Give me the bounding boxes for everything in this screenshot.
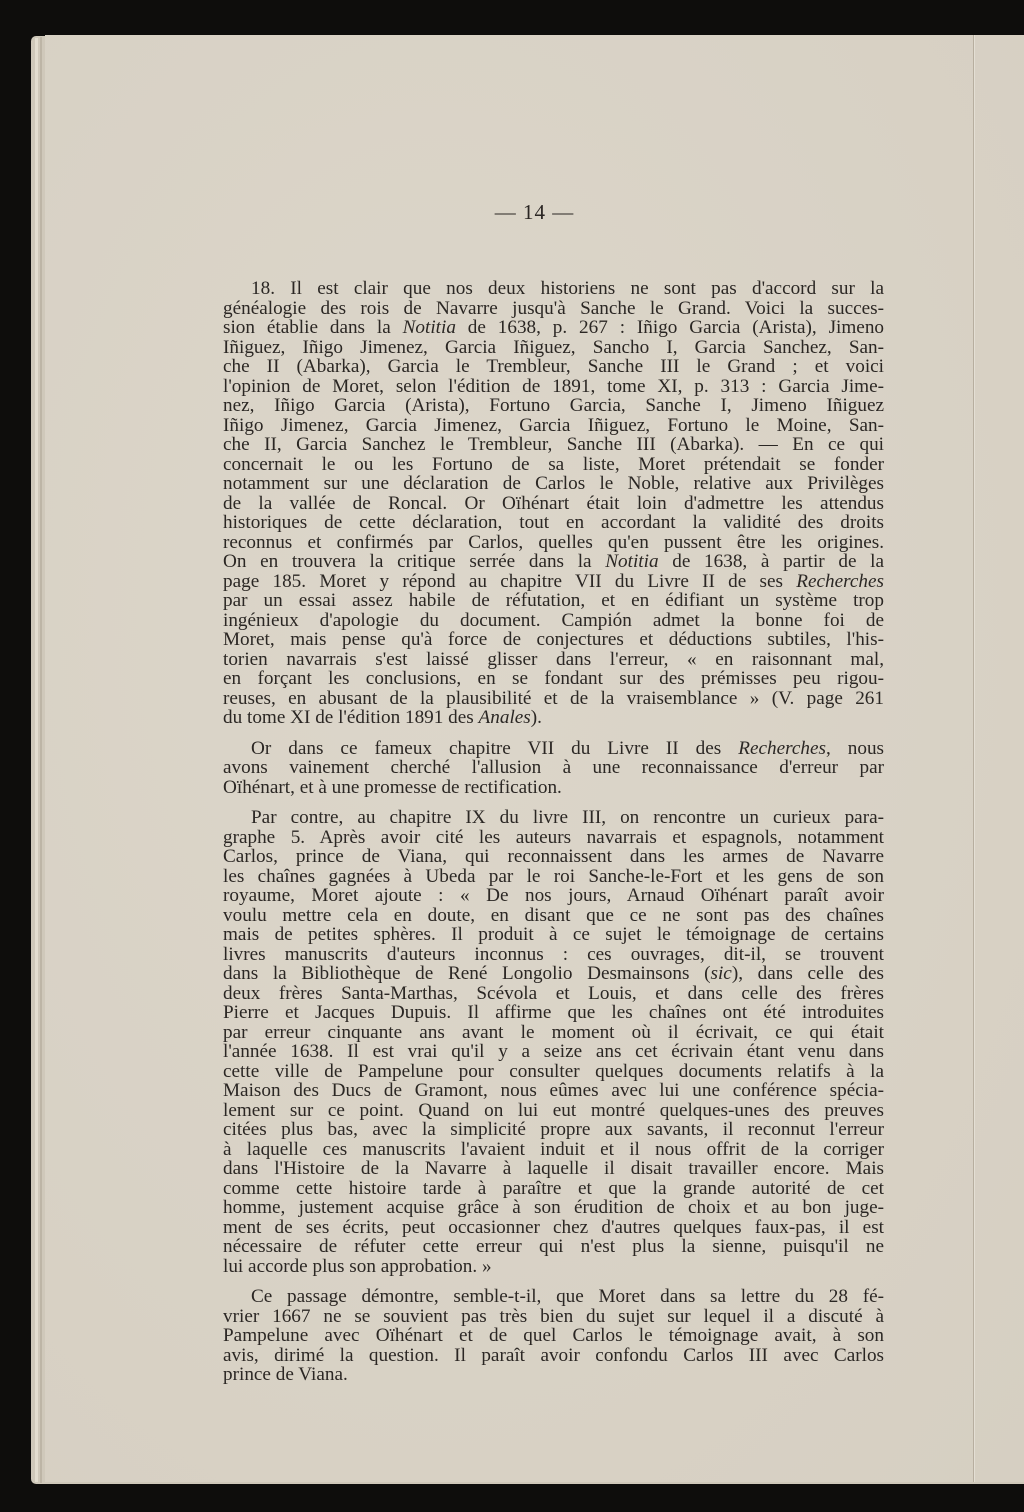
text-line: Pampelune avec Oïhénart et de quel Carlo… (223, 1326, 884, 1346)
text-line: concernait le ou les Fortuno de sa liste… (223, 455, 884, 475)
text-line: cette ville de Pampelune pour consulter … (223, 1062, 884, 1082)
text-line: Iñiguez, Iñigo Jimenez, Garcia Iñiguez, … (223, 338, 884, 358)
text-line: Iñigo Jimenez, Garcia Jimenez, Garcia Iñ… (223, 416, 884, 436)
text-line: à laquelle ces manuscrits l'avaient indu… (223, 1140, 884, 1160)
paragraph-conclusion: Ce passage démontre, semble-t-il, que Mo… (223, 1287, 884, 1385)
text-line: reuses, en abusant de la plausibilité et… (223, 689, 884, 709)
text-line: Moret, mais pense qu'à force de conjectu… (223, 630, 884, 650)
text-line: par erreur cinquante ans avant le moment… (223, 1023, 884, 1043)
text-line: dans la Bibliothèque de René Longolio De… (223, 964, 884, 984)
text-line: torien navarrais s'est laissé glisser da… (223, 650, 884, 670)
text-line: ingénieux d'apologie du document. Campió… (223, 611, 884, 631)
text-line: par un essai assez habile de réfutation,… (223, 591, 884, 611)
book-page: — 14 — 18. Il est clair que nos deux his… (45, 35, 1024, 1482)
text-line: ment de ses écrits, peut occasionner che… (223, 1218, 884, 1238)
paragraph-recherches: Or dans ce fameux chapitre VII du Livre … (223, 739, 884, 798)
text-line: Oïhénart, et à une promesse de rectifica… (223, 778, 884, 798)
text-line: généalogie des rois de Navarre jusqu'à S… (223, 299, 884, 319)
text-line: Ce passage démontre, semble-t-il, que Mo… (223, 1287, 884, 1307)
text-line: les chaînes gagnées à Ubeda par le roi S… (223, 867, 884, 887)
text-line: che II, Garcia Sanchez le Trembleur, San… (223, 435, 884, 455)
text-line: citées plus bas, avec la simplicité prop… (223, 1120, 884, 1140)
text-line: On en trouvera la critique serrée dans l… (223, 552, 884, 572)
text-line: Maison des Ducs de Gramont, nous eûmes a… (223, 1081, 884, 1101)
text-line: Par contre, au chapitre IX du livre III,… (223, 808, 884, 828)
text-line: nécessaire de réfuter cette erreur qui n… (223, 1237, 884, 1257)
text-line: sion établie dans la Notitia de 1638, p.… (223, 318, 884, 338)
text-line: page 185. Moret y répond au chapitre VII… (223, 572, 884, 592)
text-line: royaume, Moret ajoute : « De nos jours, … (223, 886, 884, 906)
text-line: mais de petites sphères. Il produit à ce… (223, 925, 884, 945)
text-line: l'opinion de Moret, selon l'édition de 1… (223, 377, 884, 397)
text-line: en forçant les conclusions, en se fondan… (223, 669, 884, 689)
text-line: vrier 1667 ne se souvient pas très bien … (223, 1307, 884, 1327)
text-line: Carlos, prince de Viana, qui reconnaisse… (223, 847, 884, 867)
text-line: dans l'Histoire de la Navarre à laquelle… (223, 1159, 884, 1179)
text-line: deux frères Santa-Marthas, Scévola et Lo… (223, 984, 884, 1004)
text-line: Pierre et Jacques Dupuis. Il affirme que… (223, 1003, 884, 1023)
text-line: lement sur ce point. Quand on lui eut mo… (223, 1101, 884, 1121)
text-line: nez, Iñigo Garcia (Arista), Fortuno Garc… (223, 396, 884, 416)
text-line: comme cette histoire tarde à paraître et… (223, 1179, 884, 1199)
text-line: prince de Viana. (223, 1365, 884, 1385)
text-line: reconnus et confirmés par Carlos, quelle… (223, 533, 884, 553)
text-line: lui accorde plus son approbation. » (223, 1257, 884, 1277)
text-line: de la vallée de Roncal. Or Oïhénart étai… (223, 494, 884, 514)
text-line: 18. Il est clair que nos deux historiens… (223, 279, 884, 299)
text-line: che II (Abarka), Garcia le Trembleur, Sa… (223, 357, 884, 377)
text-line: historiques de cette déclaration, tout e… (223, 513, 884, 533)
page-number: — 14 — (45, 200, 1024, 225)
text-line: livres manuscrits d'auteurs inconnus : c… (223, 945, 884, 965)
text-line: avis, dirimé la question. Il paraît avoi… (223, 1346, 884, 1366)
paragraph-18: 18. Il est clair que nos deux historiens… (223, 279, 884, 728)
text-line: Or dans ce fameux chapitre VII du Livre … (223, 739, 884, 759)
text-line: voulu mettre cela en doute, en disant qu… (223, 906, 884, 926)
paragraph-quotation-moret: Par contre, au chapitre IX du livre III,… (223, 808, 884, 1276)
text-line: du tome XI de l'édition 1891 des Anales)… (223, 708, 884, 728)
text-line: l'année 1638. Il est vrai qu'il y a seiz… (223, 1042, 884, 1062)
page-fold-crease (973, 35, 974, 1482)
text-line: notamment sur une déclaration de Carlos … (223, 474, 884, 494)
text-line: avons vainement cherché l'allusion à une… (223, 758, 884, 778)
text-line: homme, justement acquise grâce à son éru… (223, 1198, 884, 1218)
text-line: graphe 5. Après avoir cité les auteurs n… (223, 828, 884, 848)
body-text: 18. Il est clair que nos deux historiens… (223, 279, 884, 1385)
